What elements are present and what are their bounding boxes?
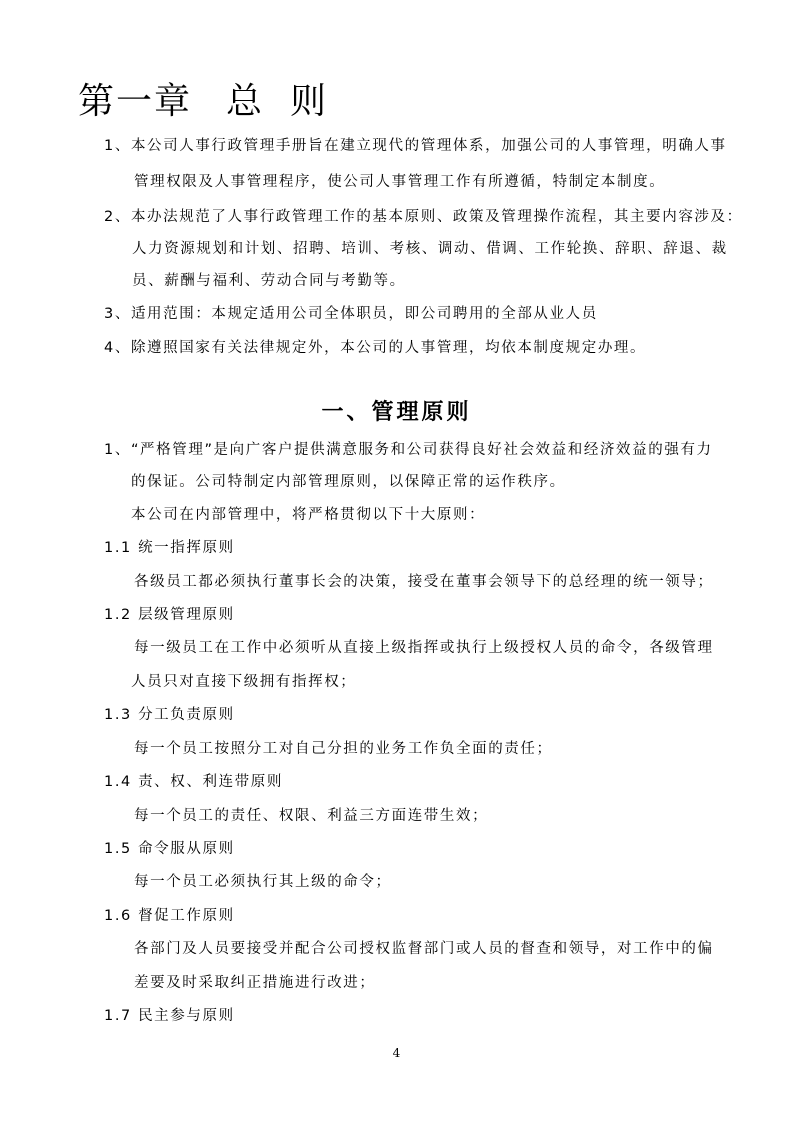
- section-heading: 一、管理原则: [0, 398, 793, 428]
- principle-1-5-text: 每一个员工必须执行其上级的命令；: [134, 872, 392, 892]
- page-number: 4: [0, 1046, 793, 1060]
- chapter-title: 第一章总则: [78, 80, 328, 124]
- principle-1-2-text-2: 人员只对直接下级拥有指挥权；: [131, 672, 356, 692]
- principle-1-3-heading: 1.3 分工负责原则: [104, 705, 235, 725]
- principle-1-2-heading: 1.2 层级管理原则: [104, 605, 235, 625]
- general-item-2-line-3: 员、薪酬与福利、劳动合同与考勤等。: [132, 271, 406, 291]
- section-intro-line-1: 1、“严格管理”是向广客户提供满意服务和公司获得良好社会效益和经济效益的强有力: [104, 440, 713, 460]
- principle-1-2-text-1: 每一级员工在工作中必须听从直接上级指挥或执行上级授权人员的命令，各级管理: [134, 638, 714, 658]
- principle-1-4-text: 每一个员工的责任、权限、利益三方面连带生效；: [134, 806, 488, 826]
- principle-1-1-heading: 1.1 统一指挥原则: [104, 538, 235, 558]
- principle-1-1-text: 各级员工都必须执行董事长会的决策，接受在董事会领导下的总经理的统一领导；: [134, 572, 714, 592]
- principle-1-7-heading: 1.7 民主参与原则: [104, 1006, 235, 1026]
- general-item-1-line-2: 管理权限及人事管理程序，使公司人事管理工作有所遵循，特制定本制度。: [134, 172, 665, 192]
- section-intro-line-2: 的保证。公司特制定内部管理原则，以保障正常的运作秩序。: [131, 472, 566, 492]
- principle-1-5-heading: 1.5 命令服从原则: [104, 839, 235, 859]
- general-item-3: 3、适用范围：本规定适用公司全体职员，即公司聘用的全部从业人员: [104, 304, 598, 324]
- document-page: 第一章总则 1、本公司人事行政管理手册旨在建立现代的管理体系，加强公司的人事管理…: [0, 0, 793, 1122]
- principle-1-6-text-2: 差要及时采取纠正措施进行改进；: [134, 973, 376, 993]
- principle-1-3-text: 每一个员工按照分工对自己分担的业务工作负全面的责任；: [134, 739, 553, 759]
- principle-1-4-heading: 1.4 责、权、利连带原则: [104, 772, 283, 792]
- general-item-2-line-1: 2、本办法规范了人事行政管理工作的基本原则、政策及管理操作流程，其主要内容涉及：: [104, 207, 743, 227]
- chapter-number: 第一章: [78, 81, 192, 122]
- principle-1-6-text-1: 各部门及人员要接受并配合公司授权监督部门或人员的督查和领导，对工作中的偏: [134, 939, 714, 959]
- general-item-2-line-2: 人力资源规划和计划、招聘、培训、考核、调动、借调、工作轮换、辞职、辞退、裁: [132, 239, 728, 259]
- chapter-title-part2: 则: [290, 81, 328, 122]
- general-item-1-line-1: 1、本公司人事行政管理手册旨在建立现代的管理体系，加强公司的人事管理，明确人事: [104, 136, 727, 156]
- chapter-title-part1: 总: [226, 81, 264, 122]
- principle-1-6-heading: 1.6 督促工作原则: [104, 906, 235, 926]
- section-intro-line-3: 本公司在内部管理中，将严格贯彻以下十大原则：: [131, 505, 485, 525]
- general-item-4: 4、除遵照国家有关法律规定外，本公司的人事管理，均依本制度规定办理。: [104, 338, 646, 358]
